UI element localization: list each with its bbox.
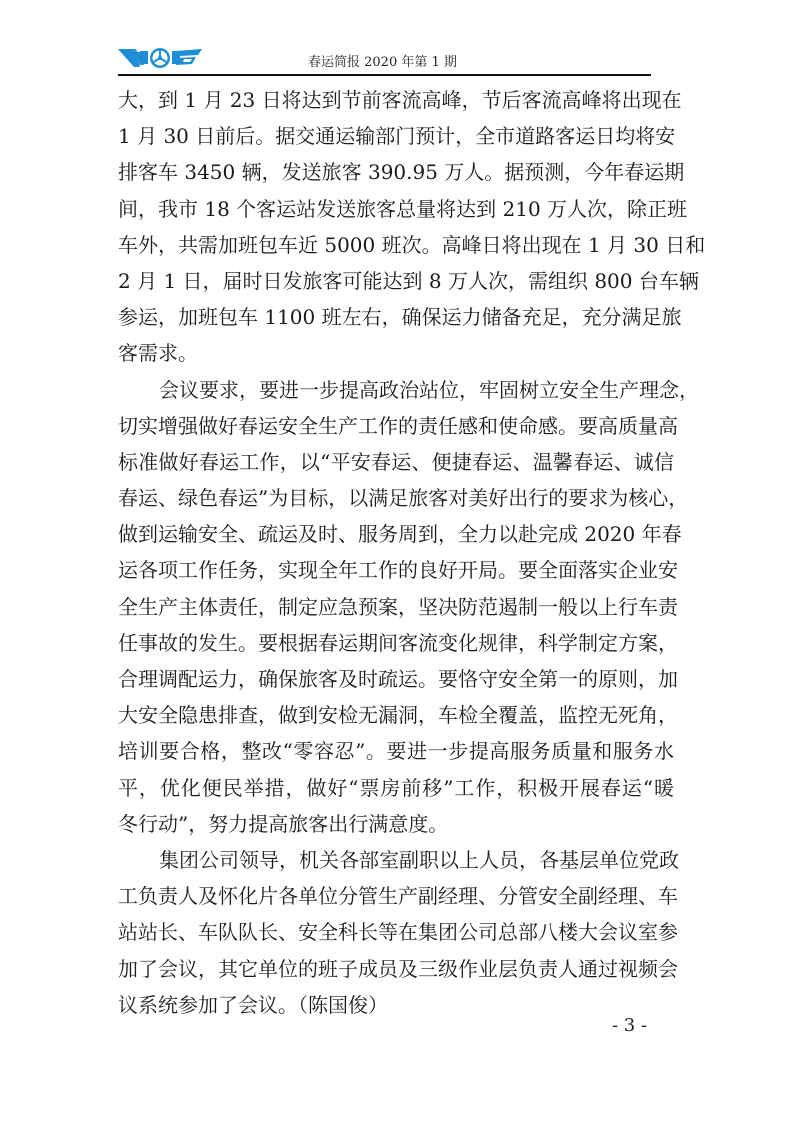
text-line: 1 月 30 日前后。据交通运输部门预计，全市道路客运日均将安 bbox=[118, 118, 674, 154]
text-line: 车外，共需加班包车近 5000 班次。高峰日将出现在 1 月 30 日和 bbox=[118, 227, 674, 263]
text-line: 做到运输安全、疏运及时、服务周到，全力以赴完成 2020 年春 bbox=[118, 516, 674, 552]
text-line: 全生产主体责任，制定应急预案，坚决防范遏制一般以上行车责 bbox=[118, 589, 674, 625]
text-line: 运各项工作任务，实现全年工作的良好开局。要全面落实企业安 bbox=[118, 552, 674, 588]
text-line: 任事故的发生。要根据春运期间客流变化规律，科学制定方案， bbox=[118, 625, 674, 661]
text-line: 站站长、车队队长、安全科长等在集团公司总部八楼大会议室参 bbox=[118, 914, 674, 950]
text-line: 春运、绿色春运”为目标，以满足旅客对美好出行的要求为核心， bbox=[118, 480, 674, 516]
text-line: 冬行动”，努力提高旅客出行满意度。 bbox=[118, 806, 674, 842]
text-line: 排客车 3450 辆，发送旅客 390.95 万人。据预测，今年春运期 bbox=[118, 154, 674, 190]
text-line: 加了会议，其它单位的班子成员及三级作业层负责人通过视频会 bbox=[118, 951, 674, 987]
paragraph-2: 会议要求，要进一步提高政治站位，牢固树立安全生产理念， 切实增强做好春运安全生产… bbox=[118, 372, 674, 842]
text-line: 工负责人及怀化片各单位分管生产副经理、分管安全副经理、车 bbox=[118, 878, 674, 914]
paragraph-3: 集团公司领导，机关各部室副职以上人员，各基层单位党政 工负责人及怀化片各单位分管… bbox=[118, 842, 674, 1023]
document-body: 大，到 1 月 23 日将达到节前客流高峰，节后客流高峰将出现在 1 月 30 … bbox=[118, 82, 674, 1023]
text-line: 培训要合格，整改“零容忍”。要进一步提高服务质量和服务水 bbox=[118, 733, 674, 769]
text-line: 平，优化便民举措，做好“票房前移”工作，积极开展春运“暖 bbox=[118, 770, 674, 806]
bulletin-title: 春运简报 2020 年第 1 期 bbox=[308, 51, 457, 70]
page-header: 春运简报 2020 年第 1 期 bbox=[118, 46, 651, 76]
text-line: 间，我市 18 个客运站发送旅客总量将达到 210 万人次，除正班 bbox=[118, 191, 674, 227]
text-line: 切实增强做好春运安全生产工作的责任感和使命感。要高质量高 bbox=[118, 408, 674, 444]
text-line: 2 月 1 日，届时日发旅客可能达到 8 万人次，需组织 800 台车辆 bbox=[118, 263, 674, 299]
text-line: 客需求。 bbox=[118, 335, 674, 371]
text-line: 合理调配运力，确保旅客及时疏运。要恪守安全第一的原则，加 bbox=[118, 661, 674, 697]
text-line: 集团公司领导，机关各部室副职以上人员，各基层单位党政 bbox=[118, 842, 674, 878]
text-line: 大安全隐患排查，做到安检无漏洞，车检全覆盖，监控无死角， bbox=[118, 697, 674, 733]
paragraph-1: 大，到 1 月 23 日将达到节前客流高峰，节后客流高峰将出现在 1 月 30 … bbox=[118, 82, 674, 372]
text-line: 标准做好春运工作，以“平安春运、便捷春运、温馨春运、诚信 bbox=[118, 444, 674, 480]
text-line: 议系统参加了会议。（陈国俊） bbox=[118, 987, 674, 1023]
text-line: 会议要求，要进一步提高政治站位，牢固树立安全生产理念， bbox=[118, 372, 674, 408]
bus-company-logo-icon bbox=[118, 46, 202, 70]
text-line: 大，到 1 月 23 日将达到节前客流高峰，节后客流高峰将出现在 bbox=[118, 82, 674, 118]
text-line: 参运，加班包车 1100 班左右，确保运力储备充足，充分满足旅 bbox=[118, 299, 674, 335]
page-number: - 3 - bbox=[612, 1015, 647, 1036]
